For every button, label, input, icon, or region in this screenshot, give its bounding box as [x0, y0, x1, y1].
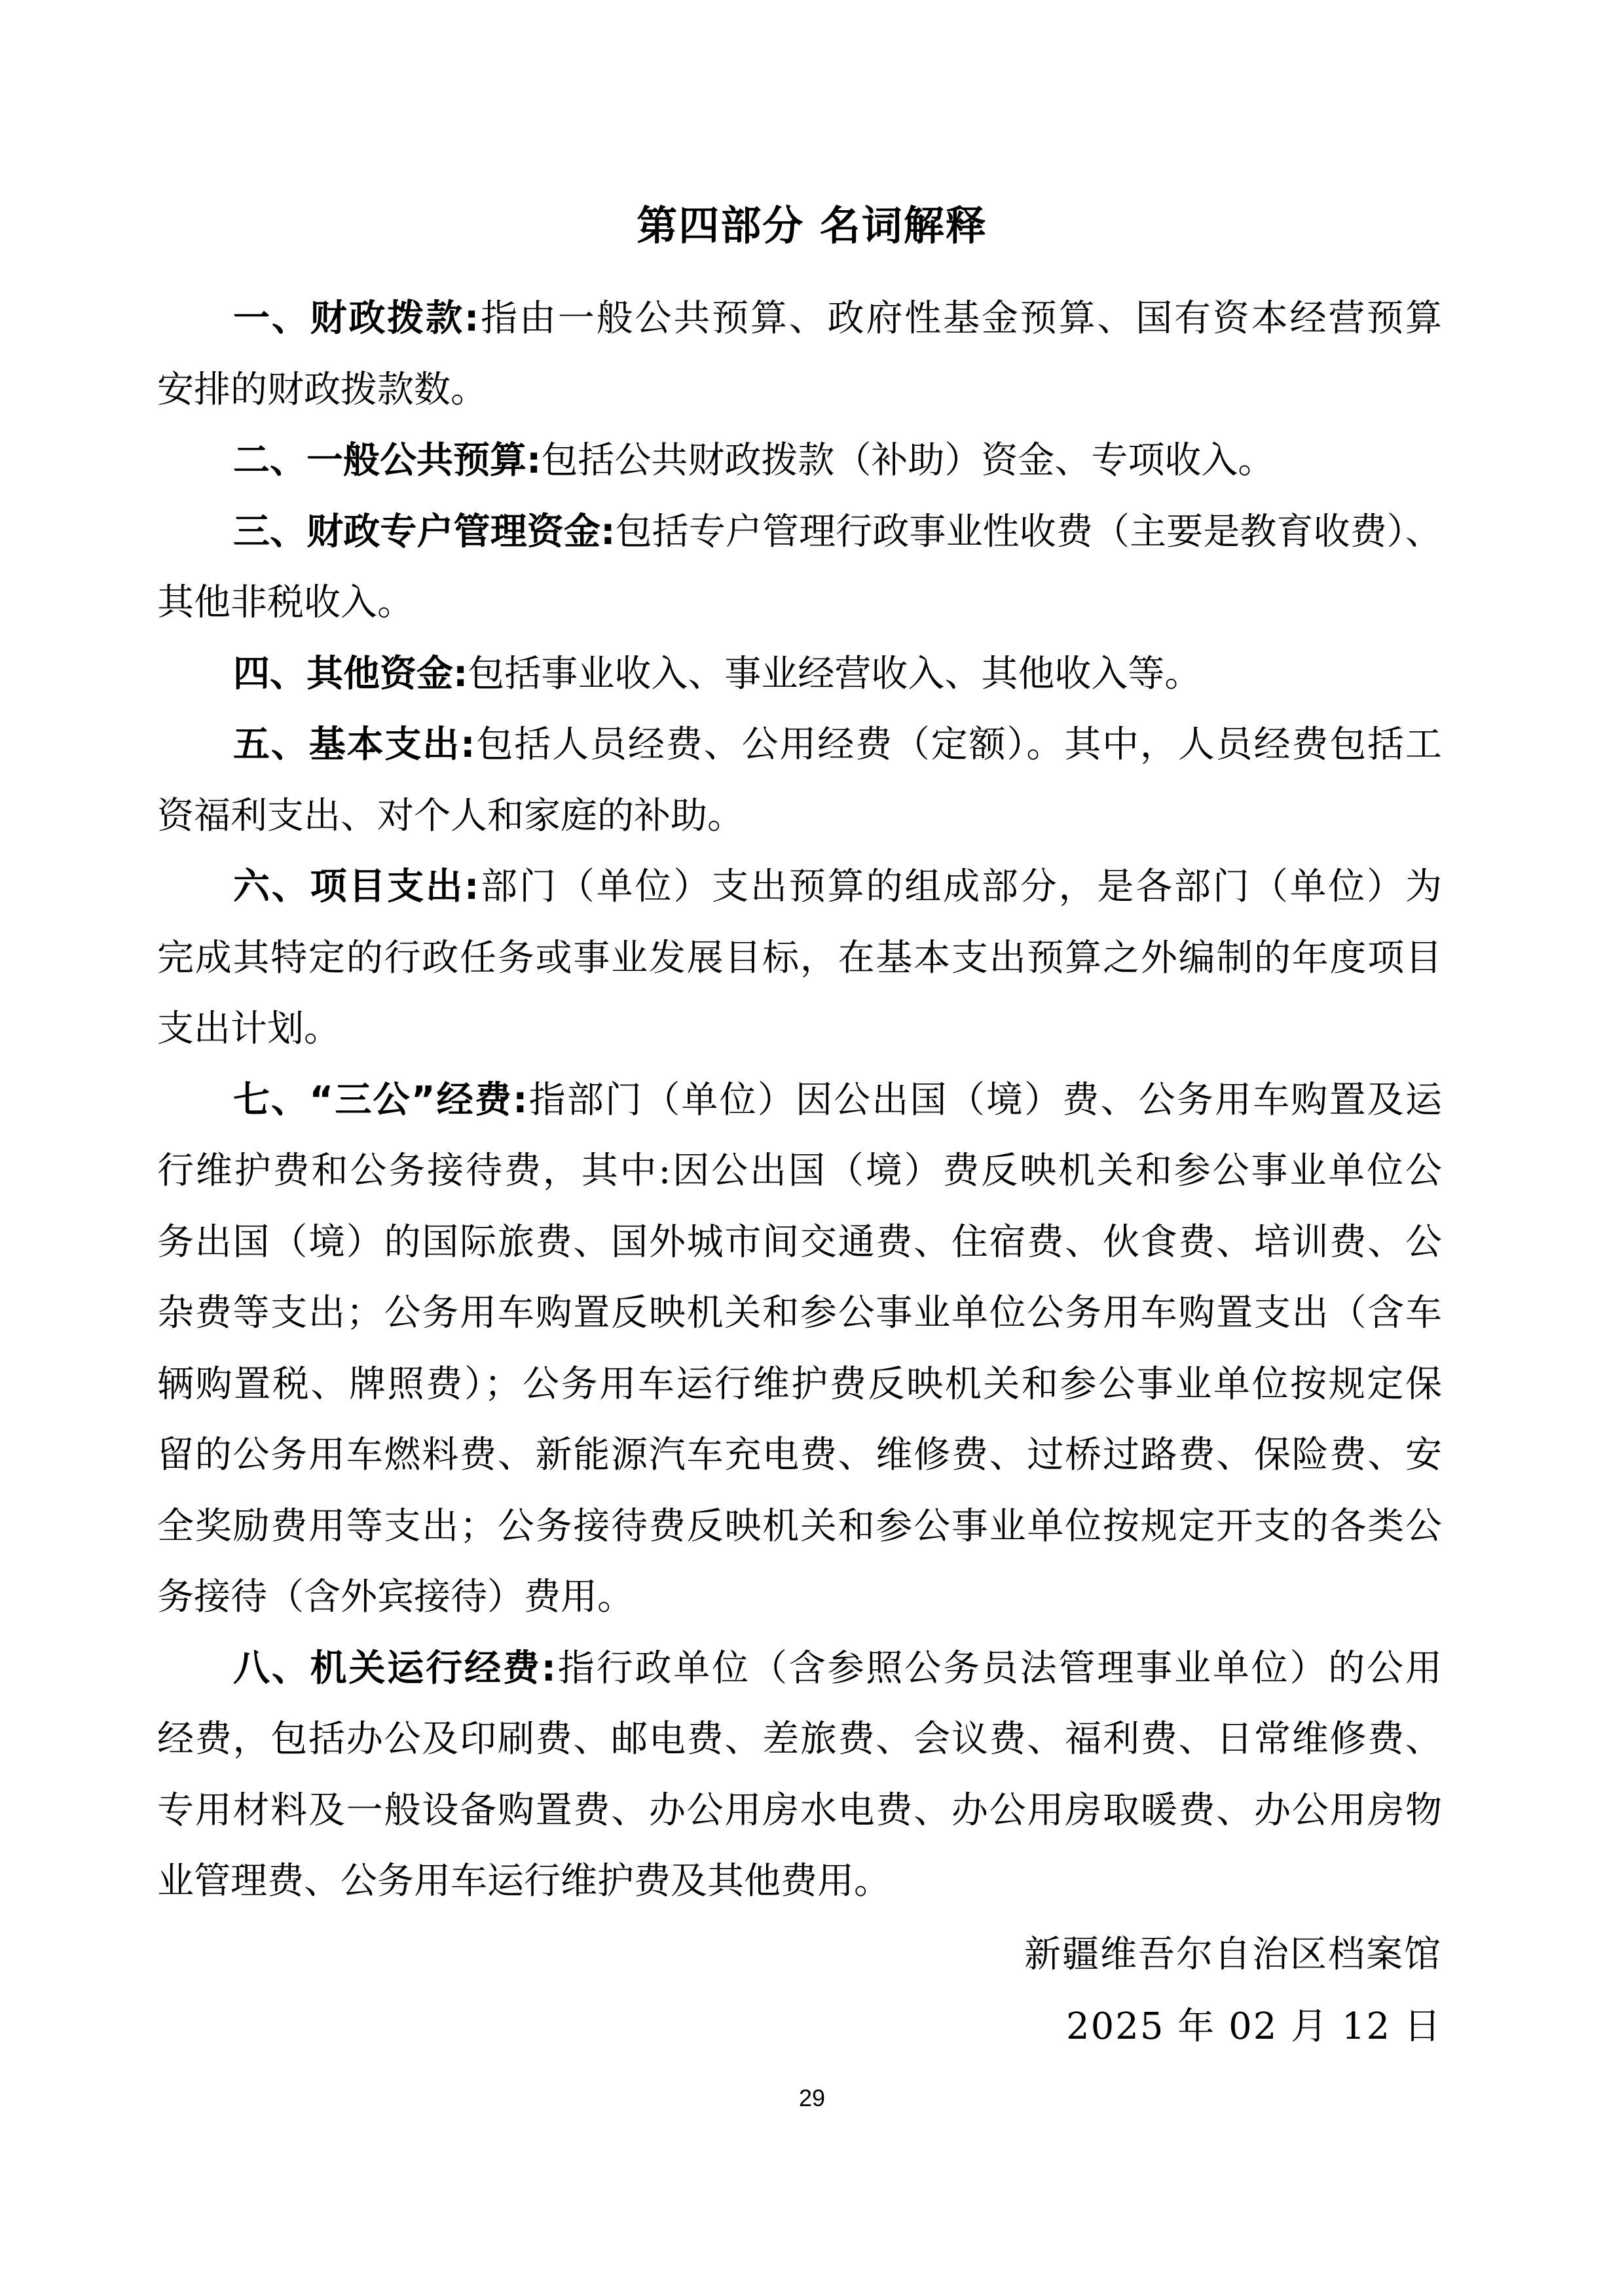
paragraph-6-line-2: 完成其特定的行政任务或事业发展目标，在基本支出预算之外编制的年度项目	[157, 923, 1442, 994]
paragraph-6-line-1: 六、项目支出:部门（单位）支出预算的组成部分，是各部门（单位）为	[157, 852, 1442, 923]
paragraph-5-line-1: 五、基本支出:包括人员经费、公用经费（定额）。其中，人员经费包括工	[157, 710, 1442, 781]
definition-text: 指由一般公共预算、政府性基金预算、国有资本经营预算	[479, 297, 1442, 340]
paragraph-7-line-5: 辆购置税、牌照费）；公务用车运行维护费反映机关和参公事业单位按规定保	[157, 1349, 1442, 1421]
paragraph-8-line-1: 八、机关运行经费:指行政单位（含参照公务员法管理事业单位）的公用	[157, 1633, 1442, 1705]
paragraph-4-line-1: 四、其他资金:包括事业收入、事业经营收入、其他收入等。	[157, 639, 1442, 710]
term-agency-operating-expenses: 八、机关运行经费:	[233, 1647, 556, 1690]
paragraph-7-line-4: 杂费等支出；公务用车购置反映机关和参公事业单位公务用车购置支出（含车	[157, 1278, 1442, 1349]
paragraph-6-line-3: 支出计划。	[157, 994, 1442, 1065]
signature-organization: 新疆维吾尔自治区档案馆	[1024, 1920, 1442, 1991]
term-other-funds: 四、其他资金:	[233, 653, 468, 695]
paragraph-3-line-2: 其他非税收入。	[157, 568, 1442, 639]
definition-text: 包括公共财政拨款（补助）资金、专项收入。	[541, 439, 1274, 482]
paragraph-1-line-2: 安排的财政拨款数。	[157, 355, 1442, 426]
document-page: 第四部分 名词解释 一、财政拨款:指由一般公共预算、政府性基金预算、国有资本经营…	[0, 0, 1624, 2296]
paragraph-1-line-1: 一、财政拨款:指由一般公共预算、政府性基金预算、国有资本经营预算	[157, 283, 1442, 355]
paragraph-7-line-1: 七、“三公”经费:指部门（单位）因公出国（境）费、公务用车购置及运	[157, 1065, 1442, 1137]
paragraph-5-line-2: 资福利支出、对个人和家庭的补助。	[157, 781, 1442, 852]
paragraph-8-line-3: 专用材料及一般设备购置费、办公用房水电费、办公用房取暖费、办公用房物	[157, 1776, 1442, 1847]
term-basic-expenditure: 五、基本支出:	[233, 723, 475, 766]
term-three-public-expenses: 七、“三公”经费:	[233, 1079, 528, 1121]
paragraph-8-line-4: 业管理费、公务用车运行维护费及其他费用。	[157, 1846, 1442, 1918]
paragraph-2-line-1: 二、一般公共预算:包括公共财政拨款（补助）资金、专项收入。	[157, 426, 1442, 497]
term-general-public-budget: 二、一般公共预算:	[233, 439, 541, 482]
signature-date: 2025 年 02 月 12 日	[1066, 1992, 1442, 2063]
section-title: 第四部分 名词解释	[0, 196, 1624, 255]
paragraph-8-line-2: 经费，包括办公及印刷费、邮电费、差旅费、会议费、福利费、日常维修费、	[157, 1704, 1442, 1776]
definition-text: 部门（单位）支出预算的组成部分，是各部门（单位）为	[479, 866, 1442, 908]
paragraph-7-line-7: 全奖励费用等支出；公务接待费反映机关和参公事业单位按规定开支的各类公	[157, 1491, 1442, 1563]
paragraph-7-line-6: 留的公务用车燃料费、新能源汽车充电费、维修费、过桥过路费、保险费、安	[157, 1420, 1442, 1491]
glossary-body: 一、财政拨款:指由一般公共预算、政府性基金预算、国有资本经营预算 安排的财政拨款…	[157, 283, 1442, 1918]
definition-text: 指行政单位（含参照公务员法管理事业单位）的公用	[556, 1647, 1442, 1690]
definition-text: 指部门（单位）因公出国（境）费、公务用车购置及运	[528, 1079, 1443, 1121]
definition-text: 包括人员经费、公用经费（定额）。其中，人员经费包括工	[475, 723, 1442, 766]
paragraph-7-line-3: 务出国（境）的国际旅费、国外城市间交通费、住宿费、伙食费、培训费、公	[157, 1207, 1442, 1279]
term-fiscal-appropriation: 一、财政拨款:	[233, 297, 479, 340]
paragraph-3-line-1: 三、财政专户管理资金:包括专户管理行政事业性收费（主要是教育收费）、	[157, 497, 1442, 568]
term-fiscal-special-account-funds: 三、财政专户管理资金:	[233, 511, 615, 553]
term-project-expenditure: 六、项目支出:	[233, 866, 479, 908]
definition-text: 包括事业收入、事业经营收入、其他收入等。	[468, 653, 1201, 695]
page-number: 29	[0, 2082, 1624, 2115]
paragraph-7-line-2: 行维护费和公务接待费，其中:因公出国（境）费反映机关和参公事业单位公	[157, 1136, 1442, 1207]
paragraph-7-line-8: 务接待（含外宾接待）费用。	[157, 1562, 1442, 1633]
definition-text: 包括专户管理行政事业性收费（主要是教育收费）、	[615, 511, 1442, 553]
